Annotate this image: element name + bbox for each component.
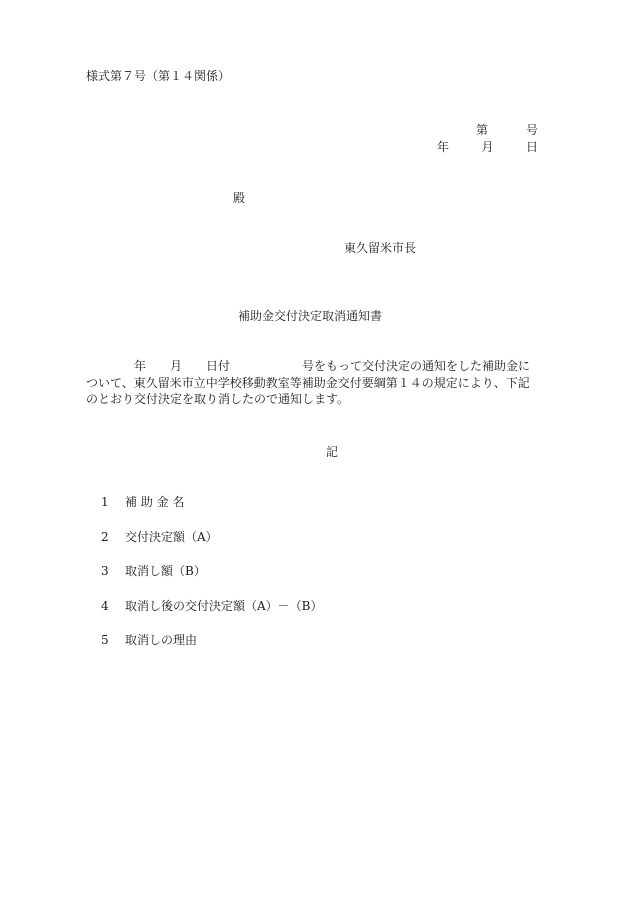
document-number-line: 第 号 [476, 122, 538, 138]
number-suffix: 号 [526, 122, 538, 138]
date-year: 年 [437, 139, 449, 155]
date-day: 日 [526, 139, 538, 155]
number-prefix: 第 [476, 122, 488, 138]
document-title: 補助金交付決定取消通知書 [238, 308, 382, 324]
item-number: 4 [101, 598, 125, 633]
addressee: 殿 [233, 190, 245, 206]
body-paragraph: 年 月 日付 号をもって交付決定の通知をした補助金に ついて、東久留米市立中学校… [86, 358, 538, 408]
document-date-line: 年 月 日 [437, 139, 538, 155]
item-list: 1 補 助 金 名 2 交付決定額（A） 3 取消し額（B） 4 取消し後の交付… [101, 494, 323, 667]
item-label: 取消しの理由 [125, 632, 197, 667]
item-label: 取消し後の交付決定額（A）－（B） [125, 598, 323, 633]
item-label: 交付決定額（A） [125, 529, 218, 564]
list-item: 4 取消し後の交付決定額（A）－（B） [101, 598, 323, 633]
item-number: 1 [101, 494, 125, 529]
body-line: のとおり交付決定を取り消したので通知します。 [86, 391, 538, 408]
body-line: ついて、東久留米市立中学校移動教室等補助金交付要綱第１４の規定により、下記 [86, 375, 538, 392]
list-item: 5 取消しの理由 [101, 632, 323, 667]
list-item: 3 取消し額（B） [101, 563, 323, 598]
list-item: 2 交付決定額（A） [101, 529, 323, 564]
body-line: 年 月 日付 号をもって交付決定の通知をした補助金に [86, 358, 538, 375]
item-label: 取消し額（B） [125, 563, 206, 598]
item-number: 3 [101, 563, 125, 598]
ki-heading: 記 [326, 444, 338, 460]
sender: 東久留米市長 [344, 240, 416, 256]
item-label: 補 助 金 名 [125, 494, 184, 529]
form-label: 様式第７号（第１４関係） [86, 68, 230, 84]
date-month: 月 [481, 139, 493, 155]
item-number: 5 [101, 632, 125, 667]
item-number: 2 [101, 529, 125, 564]
list-item: 1 補 助 金 名 [101, 494, 323, 529]
